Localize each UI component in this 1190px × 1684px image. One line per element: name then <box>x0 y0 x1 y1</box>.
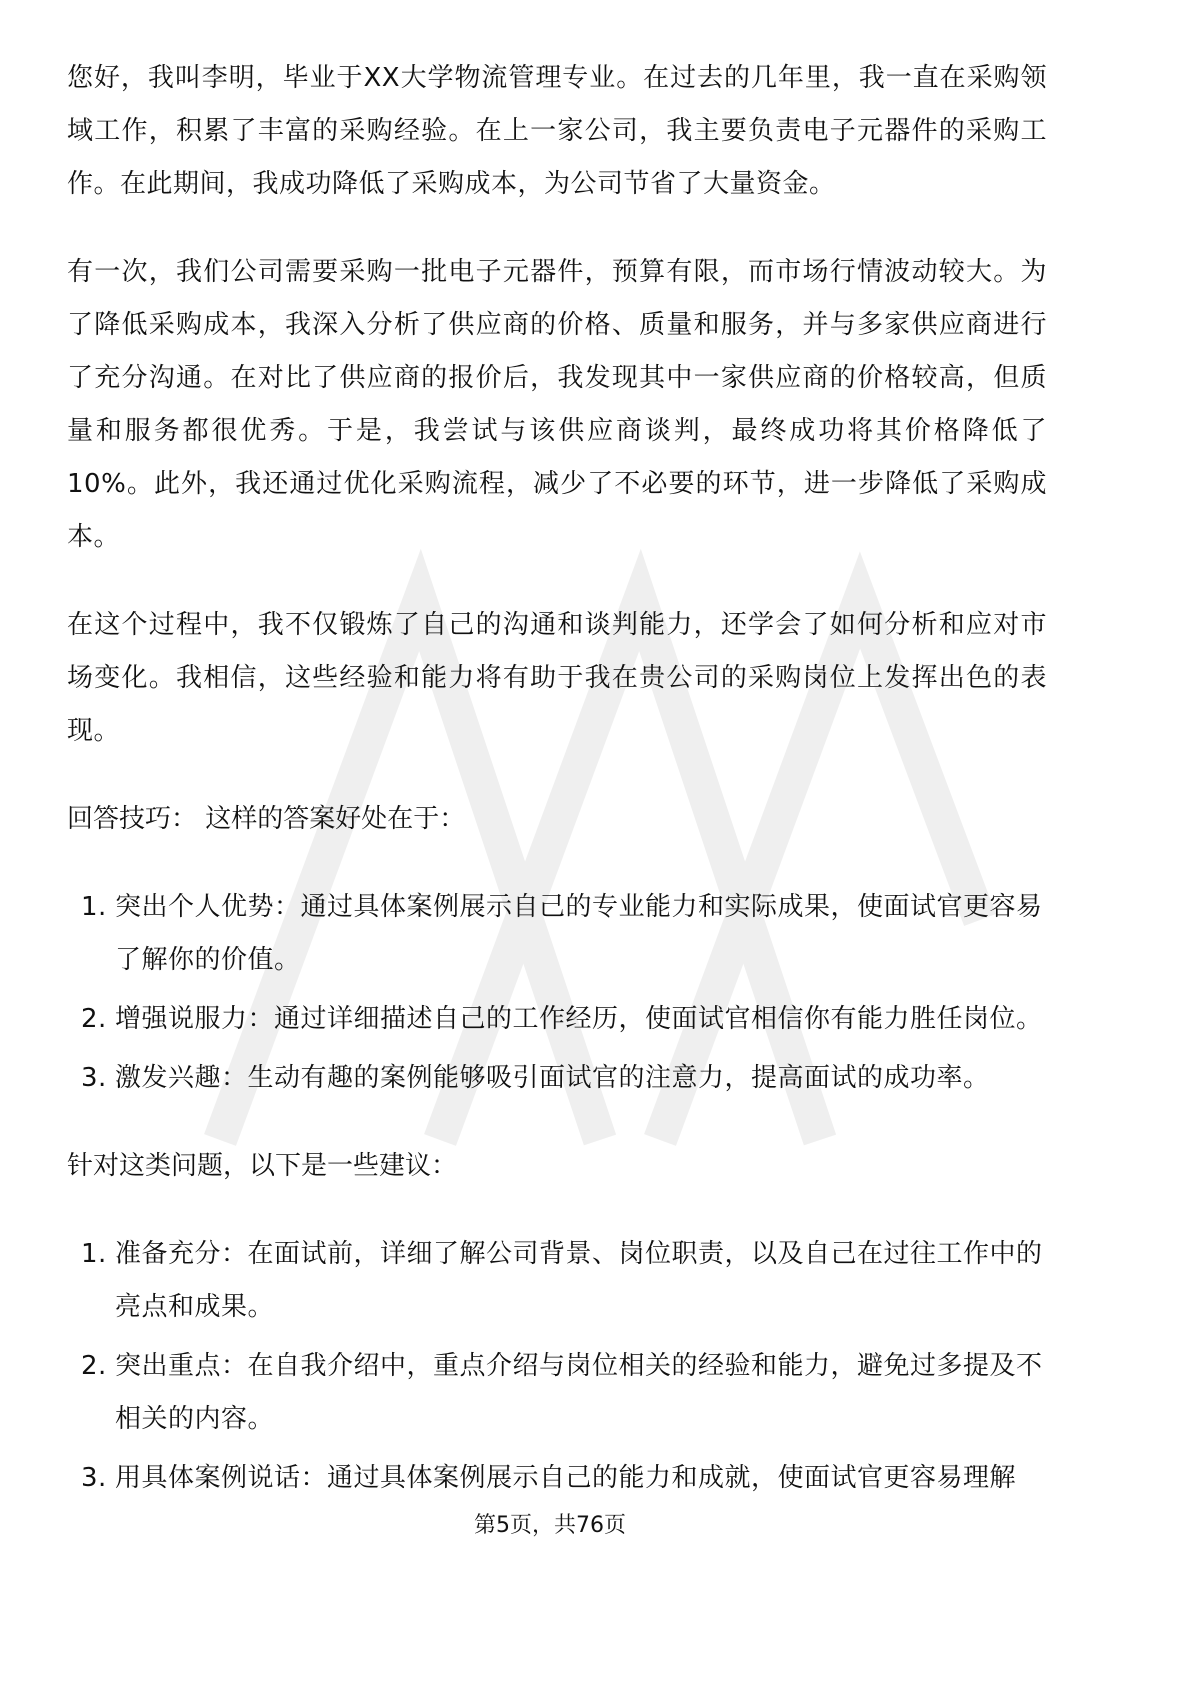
list-item: 1.准备充分：在面试前，详细了解公司背景、岗位职责，以及自己在过往工作中的亮点和… <box>67 1228 1047 1334</box>
list-number: 1. <box>81 1228 107 1281</box>
list-text: 增强说服力：通过详细描述自己的工作经历，使面试官相信你有能力胜任岗位。 <box>115 1004 1043 1034</box>
tips-list: 1.突出个人优势：通过具体案例展示自己的专业能力和实际成果，使面试官更容易了解你… <box>67 881 1047 1105</box>
list-text: 突出重点：在自我介绍中，重点介绍与岗位相关的经验和能力，避免过多提及不相关的内容… <box>115 1351 1043 1434</box>
paragraph-example: 有一次，我们公司需要采购一批电子元器件，预算有限，而市场行情波动较大。为了降低采… <box>67 246 1047 564</box>
paragraph-conclusion: 在这个过程中，我不仅锻炼了自己的沟通和谈判能力，还学会了如何分析和应对市场变化。… <box>67 599 1047 758</box>
list-number: 3. <box>81 1052 107 1105</box>
document-page: 您好，我叫李明，毕业于XX大学物流管理专业。在过去的几年里，我一直在采购领域工作… <box>67 52 1047 1540</box>
list-number: 2. <box>81 993 107 1046</box>
page-number-footer: 第5页，共76页 <box>0 1508 1100 1539</box>
list-number: 1. <box>81 881 107 934</box>
advice-list: 1.准备充分：在面试前，详细了解公司背景、岗位职责，以及自己在过往工作中的亮点和… <box>67 1228 1047 1505</box>
list-text: 激发兴趣：生动有趣的案例能够吸引面试官的注意力，提高面试的成功率。 <box>115 1063 990 1093</box>
list-item: 1.突出个人优势：通过具体案例展示自己的专业能力和实际成果，使面试官更容易了解你… <box>67 881 1047 987</box>
paragraph-intro: 您好，我叫李明，毕业于XX大学物流管理专业。在过去的几年里，我一直在采购领域工作… <box>67 52 1047 211</box>
list-text: 用具体案例说话：通过具体案例展示自己的能力和成就，使面试官更容易理解 <box>115 1463 1016 1493</box>
list-text: 突出个人优势：通过具体案例展示自己的专业能力和实际成果，使面试官更容易了解你的价… <box>115 892 1043 975</box>
list-item: 2.增强说服力：通过详细描述自己的工作经历，使面试官相信你有能力胜任岗位。 <box>67 993 1047 1046</box>
list-item: 3.用具体案例说话：通过具体案例展示自己的能力和成就，使面试官更容易理解 <box>67 1452 1047 1505</box>
list-number: 3. <box>81 1452 107 1505</box>
list-number: 2. <box>81 1340 107 1393</box>
list-text: 准备充分：在面试前，详细了解公司背景、岗位职责，以及自己在过往工作中的亮点和成果… <box>115 1239 1043 1322</box>
list-item: 3.激发兴趣：生动有趣的案例能够吸引面试官的注意力，提高面试的成功率。 <box>67 1052 1047 1105</box>
advice-heading: 针对这类问题，以下是一些建议： <box>67 1140 1047 1193</box>
list-item: 2.突出重点：在自我介绍中，重点介绍与岗位相关的经验和能力，避免过多提及不相关的… <box>67 1340 1047 1446</box>
tips-heading: 回答技巧： 这样的答案好处在于： <box>67 793 1047 846</box>
